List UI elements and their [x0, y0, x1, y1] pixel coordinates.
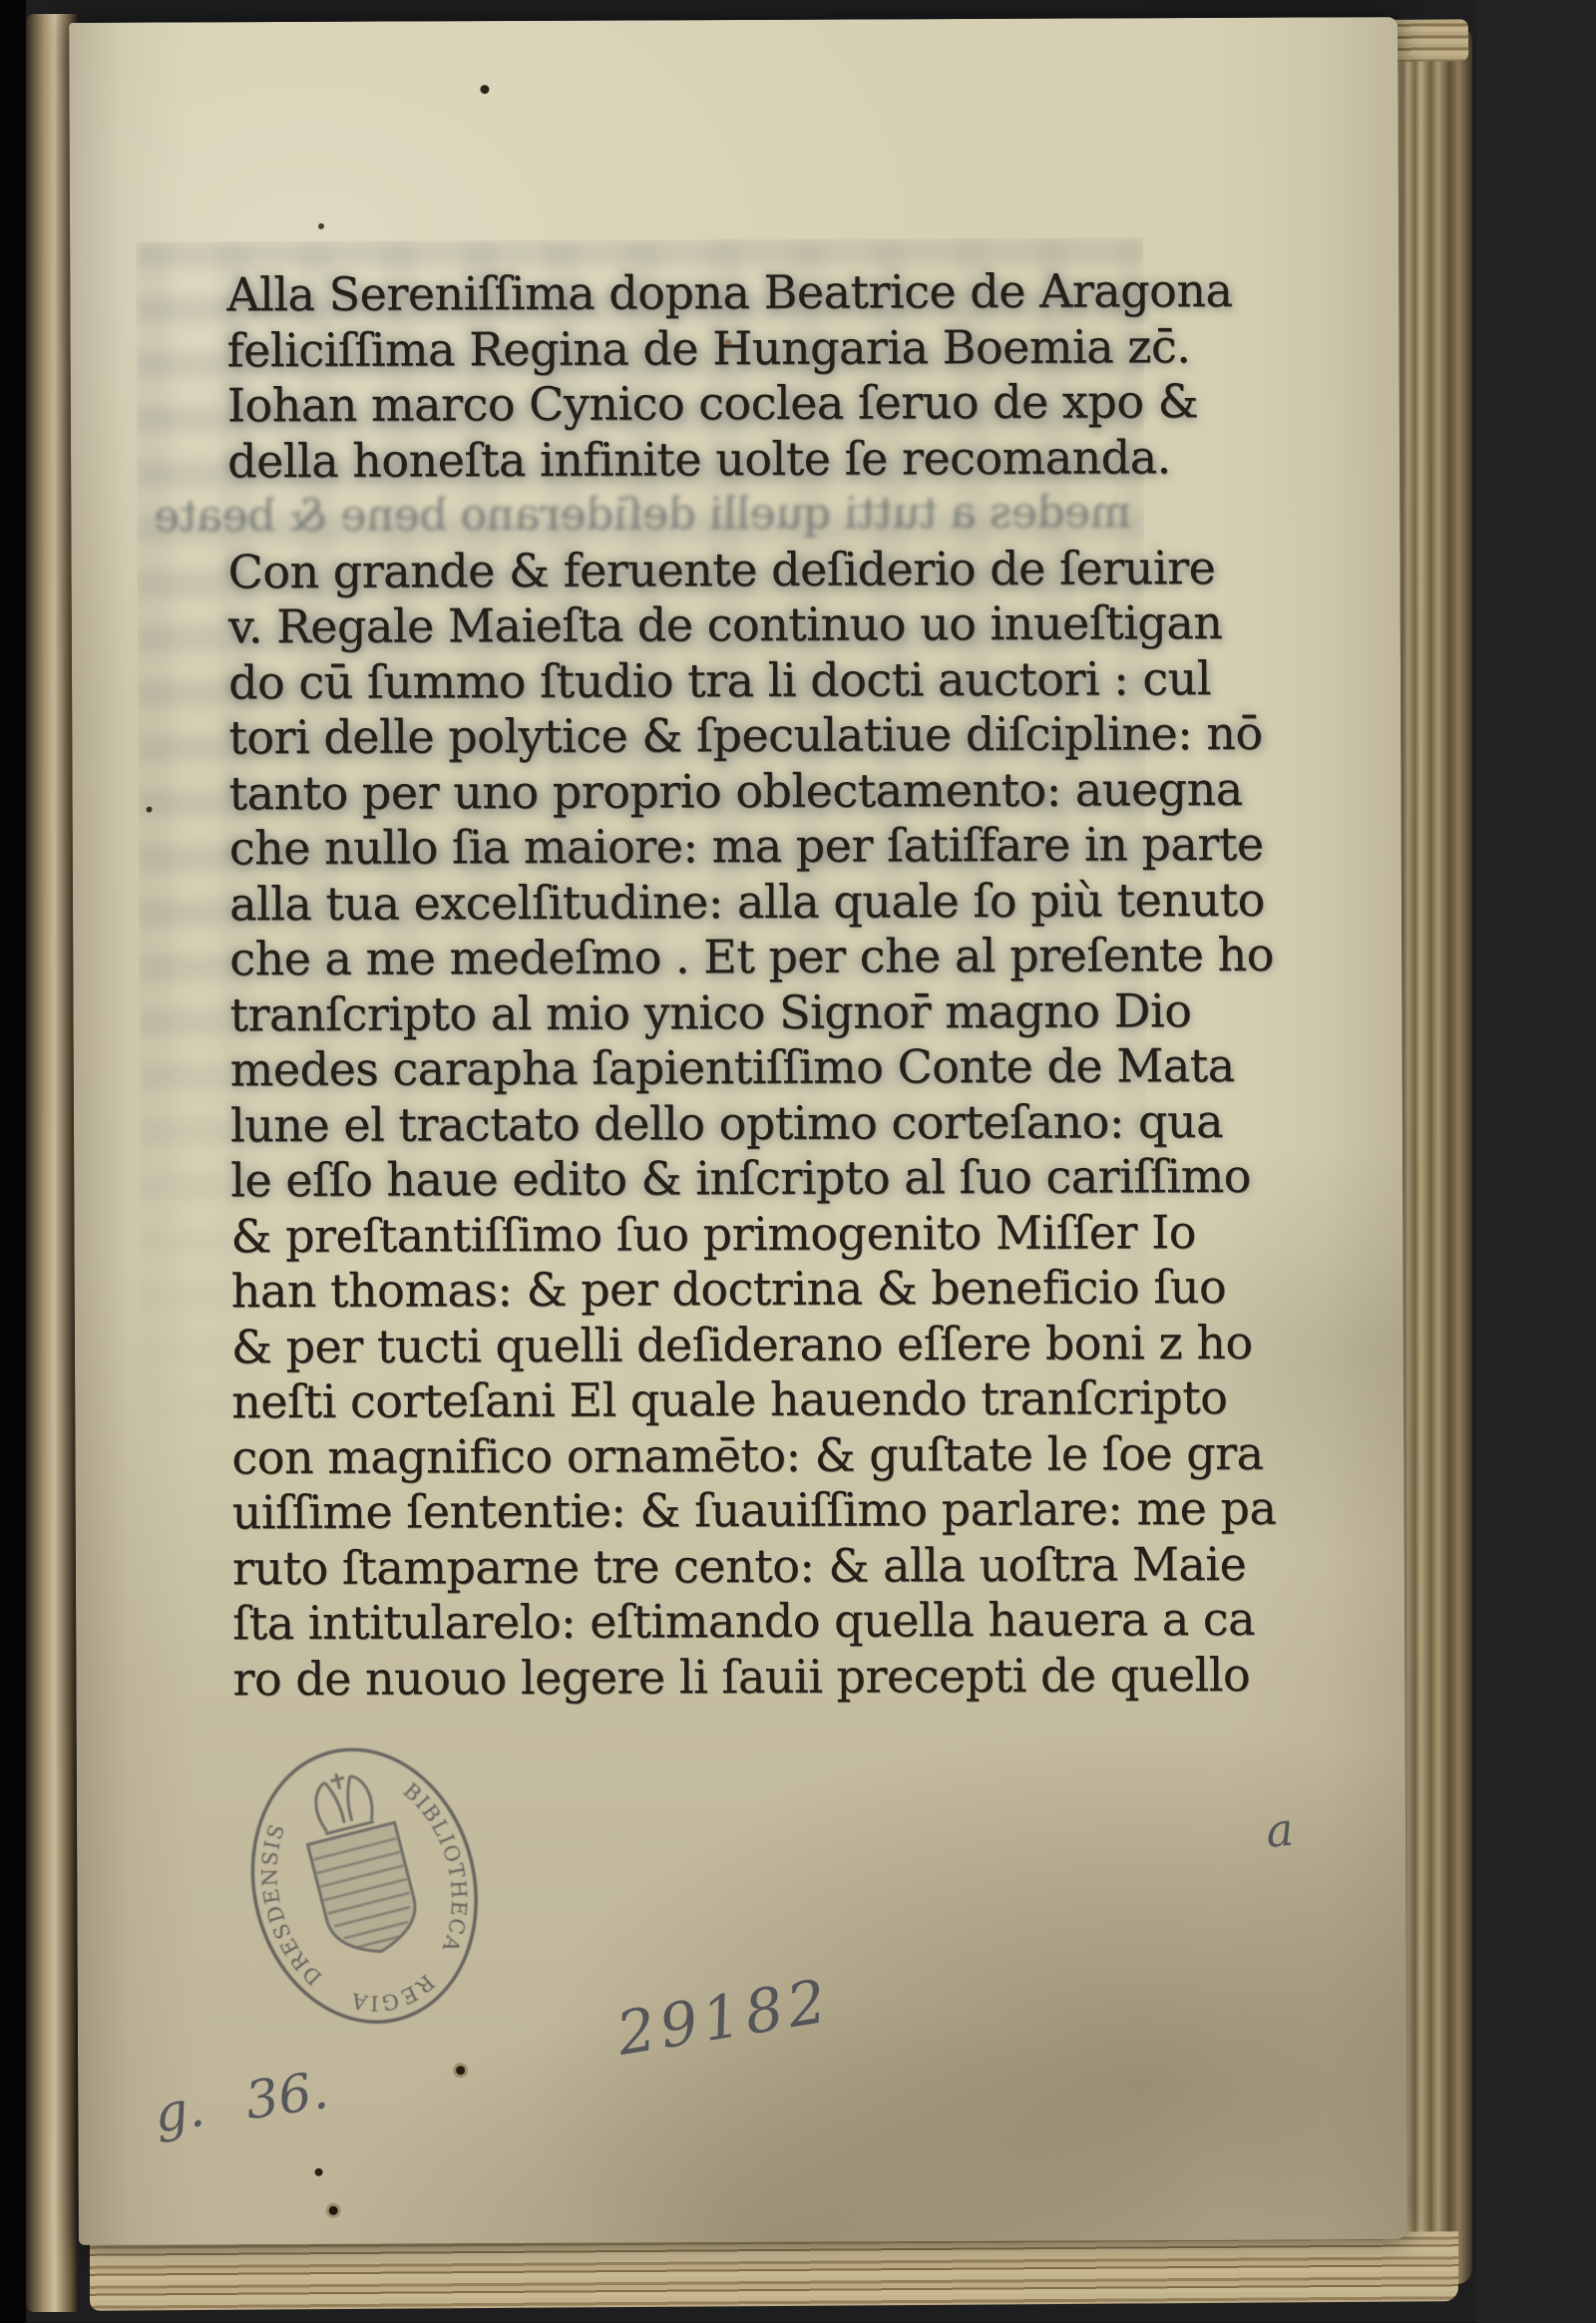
body-text-line: ruto ſtamparne tre cento: & alla uoſtra …	[232, 1537, 1136, 1596]
body-text-line: con magnifico ornamēto: & guſtate le ſoe…	[231, 1426, 1135, 1485]
body-text-line: Con grande & feruente deſiderio de ſerui…	[227, 541, 1131, 599]
body-text-line: do cū ſummo ſtudio tra li docti auctori …	[228, 651, 1132, 710]
ink-speck	[147, 807, 153, 813]
body-text-line: han thomas: & per doctrina & beneficio ſ…	[231, 1260, 1135, 1319]
body-text-line: tranſcripto al mio ynico Signor̄ magno D…	[229, 983, 1133, 1042]
ink-speck	[480, 85, 489, 94]
body-text-line: uiſſime ſententie: & ſuauiſſimo parlare:…	[232, 1481, 1136, 1540]
page-stack-right-edge	[1396, 28, 1472, 2285]
body-text-line: ſta intitularelo: eſtimando quella hauer…	[232, 1592, 1136, 1651]
scanned-book-photo: Alla Sereniſſima dopna Beatrice de Arago…	[0, 0, 1596, 2323]
stamp-text-regia: REGIA	[342, 1967, 442, 2024]
body-text-line: neſti corteſani El quale hauendo tranſcr…	[231, 1370, 1135, 1429]
body-text-line: v. Regale Maieſta de continuo uo inueſti…	[228, 595, 1132, 654]
ink-speck	[318, 223, 324, 229]
worm-hole	[329, 2206, 338, 2215]
body-text-line: tanto per uno proprio oblectamento: aueg…	[228, 762, 1132, 821]
handwritten-accession-number: 29182	[612, 1966, 836, 2070]
body-text-line: che nullo ſia maiore: ma per ſatiſfare i…	[229, 817, 1133, 876]
dedication-heading-line: Alla Sereniſſima dopna Beatrice de Arago…	[226, 263, 1130, 322]
body-text-line: che a me medeſmo . Et per che al preſent…	[229, 928, 1133, 986]
handwritten-shelfmark: g. 36.	[151, 2061, 332, 2144]
body-text-line: alla tua excelſitudine: alla quale ſo pi…	[229, 873, 1133, 932]
dedication-heading-line: feliciſſima Regina de Hungaria Boemia zc…	[226, 319, 1130, 378]
worm-hole	[315, 2168, 323, 2176]
handwritten-quire-letter: a	[1264, 1801, 1296, 1857]
library-stamp: BIBLIOTHECA REGIA DRESDENSIS	[213, 1716, 516, 2057]
rust-speck	[725, 339, 732, 346]
body-text-line: lune el tractato dello optimo corteſano:…	[230, 1094, 1134, 1153]
body-text-line: & per tucti quelli deſiderano eſſere bon…	[231, 1316, 1135, 1374]
dedication-heading-line: della honeſta infinite uolte ſe recomand…	[227, 430, 1131, 489]
text-block: Alla Sereniſſima dopna Beatrice de Arago…	[226, 263, 1136, 1707]
body-text-line: medes carapha ſapientiſſimo Conte de Mat…	[230, 1038, 1134, 1097]
body-text-line: le eſſo haue edito & inſcripto al ſuo ca…	[230, 1149, 1134, 1208]
body-text-line: & preſtantiſſimo ſuo primogenito Miſſer …	[230, 1205, 1134, 1264]
worm-hole	[456, 2066, 465, 2075]
showthrough-mirrored-line: medes a tutti quelli deſiderano bene & b…	[227, 485, 1131, 544]
body-text-line: tori delle polytice & ſpeculatiue diſcip…	[228, 706, 1132, 765]
dedication-heading-line: Iohan marco Cynico coclea ſeruo de xpo &	[227, 374, 1131, 433]
stamp-crown-icon	[309, 1766, 376, 1834]
svg-text:REGIA: REGIA	[342, 1967, 442, 2024]
body-text-line: ro de nuouo legere li ſauii precepti de …	[232, 1648, 1136, 1707]
stamp-shield-icon	[307, 1822, 424, 1962]
book-page: Alla Sereniſſima dopna Beatrice de Arago…	[69, 17, 1407, 2245]
